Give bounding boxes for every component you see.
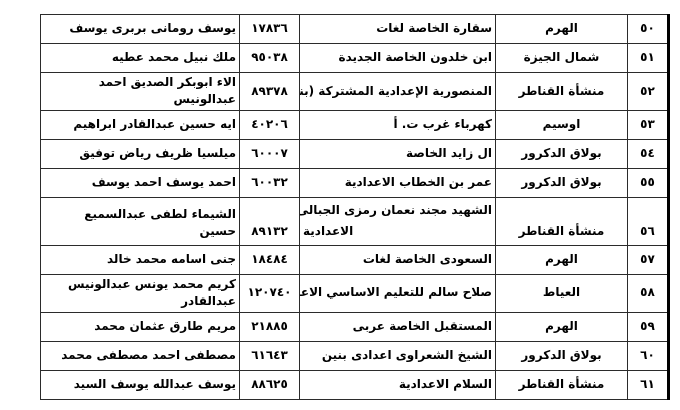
school-cell: الشهيد مجند نعمان رمزى الجبالى الاعدادية (300, 197, 496, 245)
school-cell: المنصورية الإعدادية المشتركة (بنات) (300, 73, 496, 111)
district-cell: الهرم (496, 15, 628, 44)
student-name-cell: الاء ابوبكر الصديق احمد عبدالونيس (41, 73, 240, 111)
serial-cell: ٥٥ (628, 168, 669, 197)
district-cell: اوسيم (496, 110, 628, 139)
school-cell: سقارة الخاصة لغات (300, 15, 496, 44)
seat-number-cell: ٤٠٢٠٦ (240, 110, 300, 139)
serial-cell: ٥١ (628, 44, 669, 73)
district-cell: العياط (496, 274, 628, 312)
district-cell: بولاق الدكرور (496, 139, 628, 168)
district-cell: الهرم (496, 245, 628, 274)
student-name-cell: كريم محمد يونس عبدالونيس عبدالقادر (41, 274, 240, 312)
seat-number-cell: ٨٨٦٢٥ (240, 370, 300, 399)
student-row: ٦١ منشأة القناطر السلام الاعدادية ٨٨٦٢٥ … (41, 370, 669, 399)
serial-cell: ٦١ (628, 370, 669, 399)
seat-number-cell: ١٧٨٣٦ (240, 15, 300, 44)
district-cell: منشأة القناطر (496, 73, 628, 111)
school-cell: كهرباء غرب ت. أ (300, 110, 496, 139)
seat-number-cell: ١٢٠٧٤٠ (240, 274, 300, 312)
student-row: ٥٢ منشأة القناطر المنصورية الإعدادية الم… (41, 73, 669, 111)
student-row: ٥٣ اوسيم كهرباء غرب ت. أ ٤٠٢٠٦ ايه حسين … (41, 110, 669, 139)
student-row: ٥٦ منشأة القناطر الشهيد مجند نعمان رمزى … (41, 197, 669, 245)
seat-number-cell: ٨٩١٣٢ (240, 197, 300, 245)
student-row: ٥٠ الهرم سقارة الخاصة لغات ١٧٨٣٦ يوسف رو… (41, 15, 669, 44)
student-name-cell: جنى اسامه محمد خالد (41, 245, 240, 274)
seat-number-cell: ٦٠٠٣٢ (240, 168, 300, 197)
seat-number-cell: ٢١٨٨٥ (240, 312, 300, 341)
district-cell: شمال الجيزة (496, 44, 628, 73)
student-name-cell: يوسف رومانى بربرى يوسف (41, 15, 240, 44)
student-row: ٥٧ الهرم السعودى الخاصة لغات ١٨٤٨٤ جنى ا… (41, 245, 669, 274)
serial-cell: ٥٩ (628, 312, 669, 341)
seat-number-cell: ٦١٦٤٣ (240, 341, 300, 370)
school-cell: ال زايد الخاصة (300, 139, 496, 168)
student-name-cell: احمد يوسف احمد يوسف (41, 168, 240, 197)
seat-number-cell: ٨٩٣٧٨ (240, 73, 300, 111)
serial-cell: ٥٤ (628, 139, 669, 168)
serial-cell: ٥٢ (628, 73, 669, 111)
students-table-body: ٥٠ الهرم سقارة الخاصة لغات ١٧٨٣٦ يوسف رو… (41, 15, 669, 400)
district-cell: الهرم (496, 312, 628, 341)
seat-number-cell: ٦٠٠٠٧ (240, 139, 300, 168)
student-name-cell: الشيماء لطفى عبدالسميع حسين (41, 197, 240, 245)
seat-number-cell: ٩٥٠٣٨ (240, 44, 300, 73)
school-cell: ابن خلدون الخاصة الجديدة (300, 44, 496, 73)
student-row: ٦٠ بولاق الدكرور الشيخ الشعراوى اعدادى ب… (41, 341, 669, 370)
student-name-cell: ميلسيا ظريف رياض توفيق (41, 139, 240, 168)
school-cell: السلام الاعدادية (300, 370, 496, 399)
seat-number-cell: ١٨٤٨٤ (240, 245, 300, 274)
school-cell: السعودى الخاصة لغات (300, 245, 496, 274)
serial-cell: ٥٦ (628, 197, 669, 245)
student-name-cell: مريم طارق عثمان محمد (41, 312, 240, 341)
serial-cell: ٥٧ (628, 245, 669, 274)
school-cell: الشيخ الشعراوى اعدادى بنين (300, 341, 496, 370)
students-table: ٥٠ الهرم سقارة الخاصة لغات ١٧٨٣٦ يوسف رو… (40, 14, 670, 400)
serial-cell: ٦٠ (628, 341, 669, 370)
student-row: ٥٤ بولاق الدكرور ال زايد الخاصة ٦٠٠٠٧ مي… (41, 139, 669, 168)
serial-cell: ٥٨ (628, 274, 669, 312)
student-row: ٥٨ العياط صلاح سالم للتعليم الاساسي الاع… (41, 274, 669, 312)
student-row: ٥٥ بولاق الدكرور عمر بن الخطاب الاعدادية… (41, 168, 669, 197)
student-name-cell: مصطفى احمد مصطفى محمد (41, 341, 240, 370)
serial-cell: ٥٣ (628, 110, 669, 139)
student-name-cell: ملك نبيل محمد عطيه (41, 44, 240, 73)
student-row: ٥١ شمال الجيزة ابن خلدون الخاصة الجديدة … (41, 44, 669, 73)
district-cell: بولاق الدكرور (496, 341, 628, 370)
document-page: ٥٠ الهرم سقارة الخاصة لغات ١٧٨٣٦ يوسف رو… (0, 0, 680, 410)
district-cell: بولاق الدكرور (496, 168, 628, 197)
district-cell: منشأة القناطر (496, 197, 628, 245)
student-row: ٥٩ الهرم المستقبل الخاصة عربى ٢١٨٨٥ مريم… (41, 312, 669, 341)
school-cell: المستقبل الخاصة عربى (300, 312, 496, 341)
school-cell: عمر بن الخطاب الاعدادية (300, 168, 496, 197)
district-cell: منشأة القناطر (496, 370, 628, 399)
serial-cell: ٥٠ (628, 15, 669, 44)
student-name-cell: ايه حسين عبدالقادر ابراهيم (41, 110, 240, 139)
student-name-cell: يوسف عبدالله يوسف السيد (41, 370, 240, 399)
school-cell: صلاح سالم للتعليم الاساسي الاعدادى (300, 274, 496, 312)
